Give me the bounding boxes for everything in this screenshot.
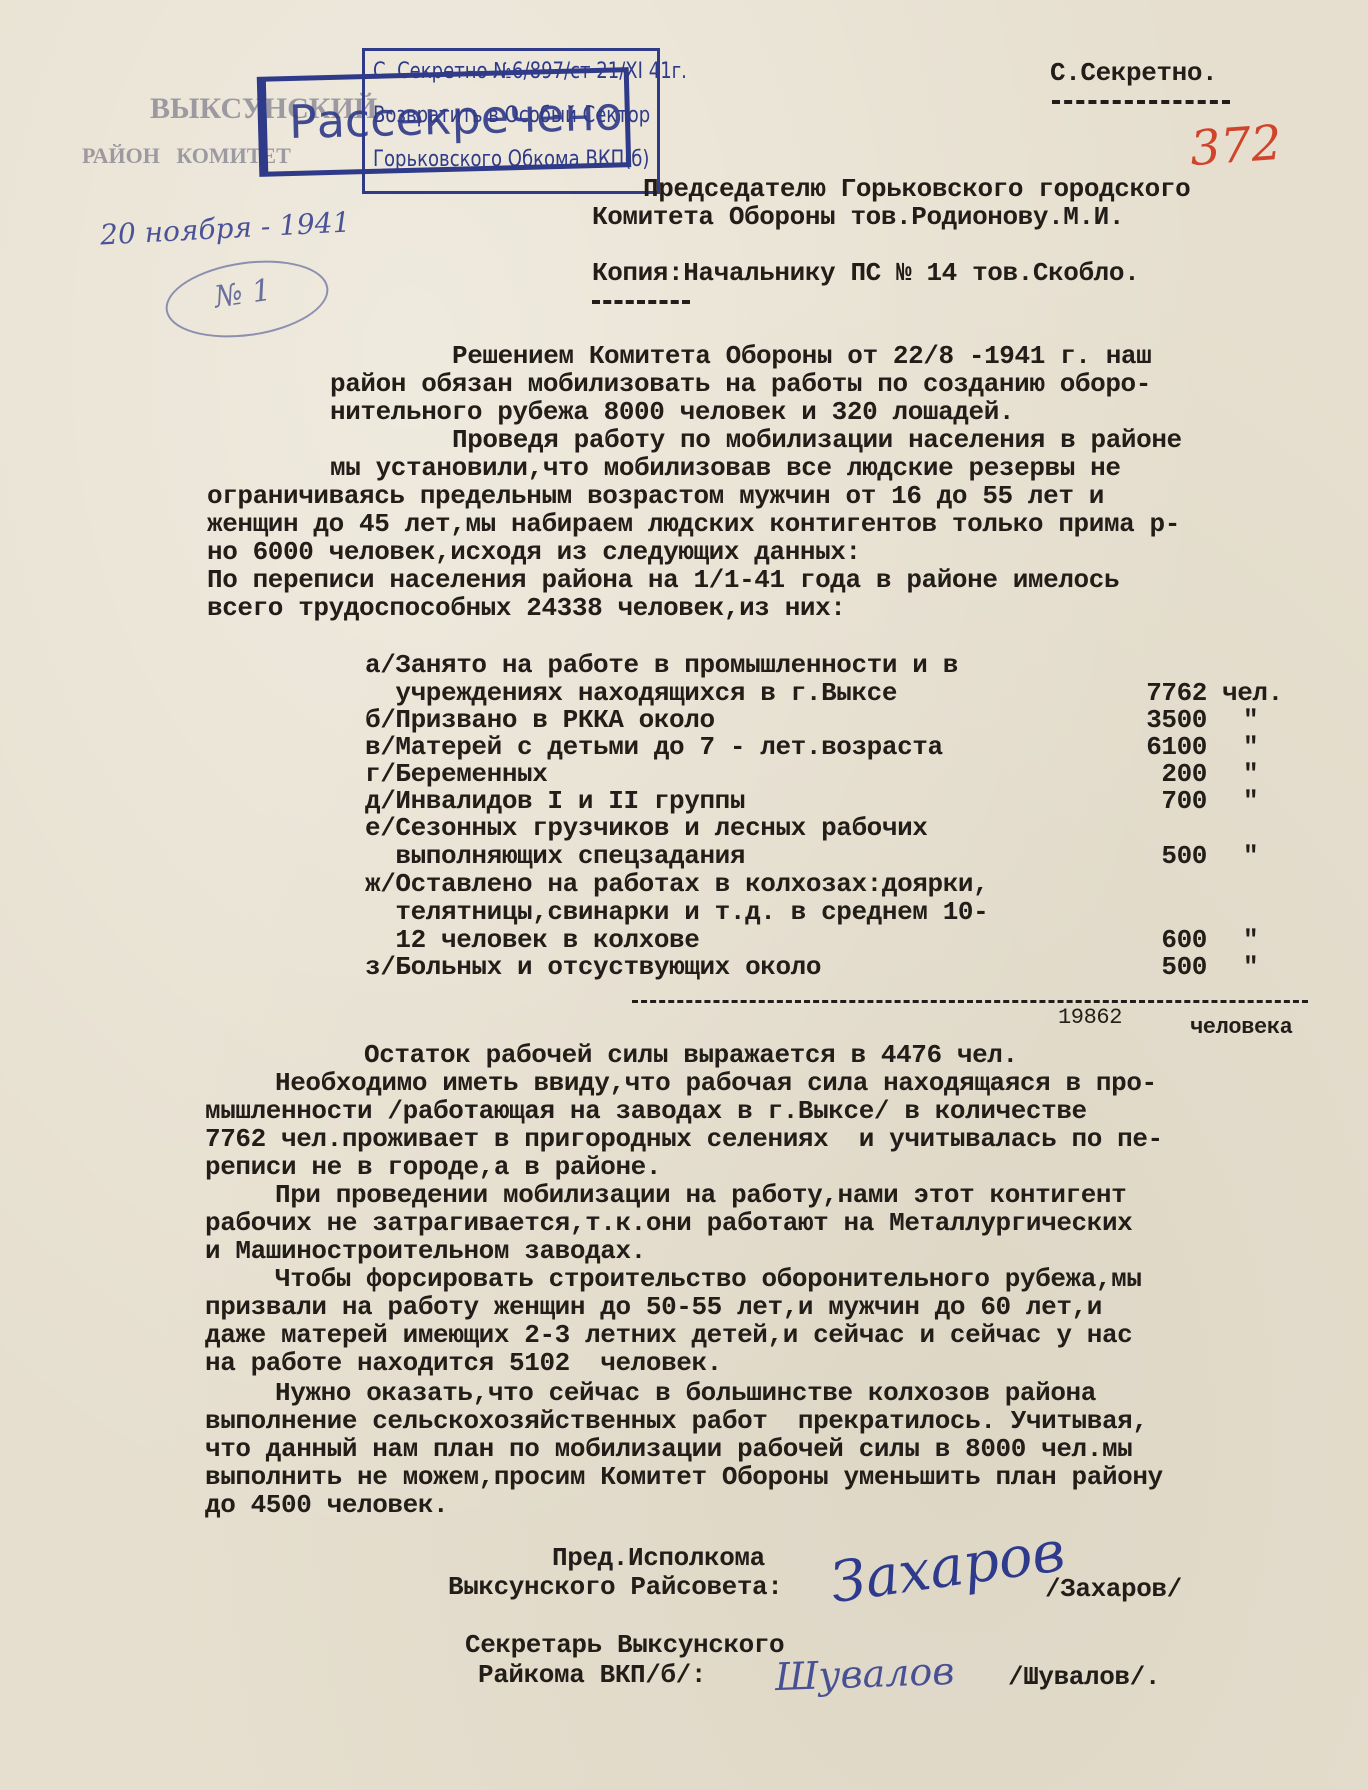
p5-line4: на работе находится 5102 человек. [205,1350,722,1378]
breakdown-item-zh-label: ж/Оставлено на работах в колхозах:доярки… [365,871,988,899]
p6-line2: выполнение сельскохозяйственных работ пр… [205,1408,1148,1436]
breakdown-item-e-label: е/Сезонных грузчиков и лесных рабочих [365,815,928,843]
p6-line5: до 4500 человек. [205,1492,448,1520]
secret-return-stamp: С. Секретно №6/897/ст 21/XI 41г. Возврат… [362,48,660,194]
addressee-line2: Комитета Обороны тов.Родионову.М.И. [592,204,1124,232]
breakdown-item-g-label: г/Беременных [365,761,547,789]
para2-line3: ограничиваясь предельным возрастом мужчи… [207,483,1104,511]
p6-line3: что данный нам план по мобилизации рабоч… [205,1436,1132,1464]
para2-line2: мы установили,что мобилизовав все людски… [330,455,1121,483]
breakdown-item-e-unit: " [1243,843,1258,871]
breakdown-item-z-label: з/Больных и отсуствующих около [365,954,821,982]
total-separator [632,1000,1308,1003]
p4-line1: При проведении мобилизации на работу,нам… [275,1182,1126,1210]
p3-line1: Необходимо иметь ввиду,что рабочая сила … [275,1070,1157,1098]
para2-line7: всего трудоспособных 24338 человек,из ни… [207,595,846,623]
para1-line3: нительного рубежа 8000 человек и 320 лош… [330,399,1014,427]
breakdown-item-z-unit: " [1243,954,1258,982]
sig1-title-line1: Пред.Исполкома [552,1545,765,1573]
total-unit: человека [1190,1014,1292,1042]
breakdown-item-v-value: 6100 [1097,734,1207,762]
secret-stamp-line2: Возвратить в Особый Сектор [373,103,650,128]
p5-line1: Чтобы форсировать строительство оборонит… [275,1266,1142,1294]
p3-line3: 7762 чел.проживает в пригородных селения… [205,1126,1163,1154]
breakdown-item-a-cont: учреждениях находящихся в г.Выксе [365,680,897,708]
breakdown-item-z-value: 500 [1097,954,1207,982]
p4-line2: рабочих не затрагивается,т.к.они работаю… [205,1210,1132,1238]
breakdown-item-d-unit: " [1243,788,1258,816]
breakdown-item-a-label: а/Занято на работе в промышленности и в [365,652,958,680]
sig2-name: /Шувалов/. [1008,1664,1160,1692]
breakdown-item-d-value: 700 [1097,788,1207,816]
p3-line2: мышленности /работающая на заводах в г.В… [205,1098,1087,1126]
p5-line2: призвали на работу женщин до 50-55 лет,и… [205,1294,1102,1322]
copy-line: Копия:Начальнику ПС № 14 тов.Скобло. [592,260,1139,288]
para1-line2: район обязан мобилизовать на работы по с… [330,371,1151,399]
sig1-handwritten-signature: Захаров [827,1519,1069,1616]
total-value: 19862 [1058,1004,1122,1032]
sig1-name: /Захаров/ [1045,1576,1182,1604]
breakdown-item-g-value: 200 [1097,761,1207,789]
p3-line4: реписи не в городе,а в районе. [205,1154,661,1182]
breakdown-item-zh-cont2: 12 человек в колхове [365,927,699,955]
breakdown-item-e-value: 500 [1097,843,1207,871]
breakdown-item-a-unit: чел. [1222,680,1283,708]
p5-line3: даже матерей имеющих 2-3 летних детей,и … [205,1322,1132,1350]
copy-underline [592,300,690,304]
breakdown-item-zh-unit: " [1243,927,1258,955]
para2-line6: По переписи населения района на 1/1-41 г… [207,567,1119,595]
breakdown-item-b-unit: " [1243,707,1258,735]
archive-number: 372 [1188,115,1283,177]
breakdown-item-b-label: б/Призвано в РККА около [365,707,715,735]
sig2-title-line2: Райкома ВКП/б/: [478,1662,706,1690]
oval-stamp-number: № 1 [212,273,273,316]
breakdown-item-e-cont: выполняющих спецзадания [365,843,745,871]
p6-line1: Нужно оказать,что сейчас в большинстве к… [275,1380,1096,1408]
remainder-line: Остаток рабочей силы выражается в 4476 ч… [364,1042,1018,1070]
sig2-handwritten-signature: Шувалов [774,1649,955,1699]
p4-line3: и Машиностроительном заводах. [205,1238,646,1266]
para2-line4: женщин до 45 лет,мы набираем людских кон… [207,511,1180,539]
breakdown-item-zh-value: 600 [1097,927,1207,955]
breakdown-item-b-value: 3500 [1097,707,1207,735]
classification-label: С.Секретно. [1050,60,1217,88]
p6-line4: выполнить не можем,просим Комитет Оборон… [205,1464,1163,1492]
breakdown-item-v-label: в/Матерей с детьми до 7 - лет.возраста [365,734,943,762]
breakdown-item-d-label: д/Инвалидов I и II группы [365,788,745,816]
secret-stamp-line1: С. Секретно №6/897/ст 21/XI 41г. [373,59,687,84]
breakdown-item-v-unit: " [1243,734,1258,762]
secret-stamp-line3: Горьковского Обкома ВКП(б) [373,147,649,172]
handwritten-date: 20 ноября - 1941 [99,205,351,251]
sig2-title-line1: Секретарь Выксунского [465,1632,784,1660]
para2-line1: Проведя работу по мобилизации населения … [452,427,1182,455]
breakdown-item-zh-cont: телятницы,свинарки и т.д. в среднем 10- [365,899,988,927]
addressee-line1: Председателю Горьковского городского [643,176,1190,204]
breakdown-item-a-value: 7762 [1097,680,1207,708]
sig1-title-line2: Выксунского Райсовета: [448,1574,782,1602]
breakdown-item-g-unit: " [1243,761,1258,789]
classification-underline [1052,100,1230,104]
para2-line5: но 6000 человек,исходя из следующих данн… [207,539,861,567]
oval-stamp: № 1 [161,251,334,347]
para1-line1: Решением Комитета Обороны от 22/8 -1941 … [452,343,1151,371]
